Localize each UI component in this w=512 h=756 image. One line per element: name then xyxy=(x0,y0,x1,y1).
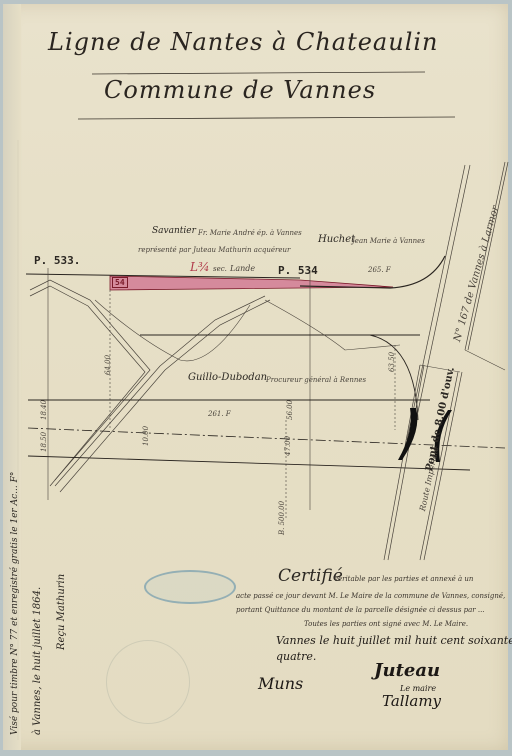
owner-representative: représenté par Juteau Mathurin acquéreur xyxy=(138,246,290,254)
signature-juteau: Juteau xyxy=(374,660,440,681)
certification-line: portant Quittance du montant de la parce… xyxy=(236,606,485,614)
certification-line: véritable par les parties et annexé à un xyxy=(334,575,473,583)
owner-name-huchet: Huchet xyxy=(318,234,355,245)
owner-name-savantier: Savantier xyxy=(152,226,196,236)
owner-detail-savantier: Fr. Marie André ép. à Vannes xyxy=(198,229,302,237)
owner-detail-huchet: Jean Marie à Vannes xyxy=(352,237,425,245)
parcel-label-534: P. 534 xyxy=(278,264,318,277)
dimension-label: 18.40 xyxy=(40,400,48,420)
ink-stamp xyxy=(144,570,236,604)
dimension-label: 63.50 xyxy=(388,352,396,372)
certification-line: acte passé ce jour devant M. Le Maire de… xyxy=(236,592,505,600)
signature-witness: Muns xyxy=(258,674,303,693)
dimension-label: 47.00 xyxy=(284,436,292,456)
land-use-code: L¾ xyxy=(190,260,210,274)
certification-line: Toutes les parties ont signé avec M. Le … xyxy=(304,620,468,628)
owner-detail-guillo-dubodan: Procureur général à Rennes xyxy=(266,376,366,384)
dimension-label: 10.00 xyxy=(142,426,150,446)
owner-name-guillo-dubodan: Guillo-Dubodan xyxy=(188,372,267,383)
dimension-label: 18.50 xyxy=(40,432,48,452)
parcel-54-number: 54 xyxy=(112,277,128,288)
parcel-54-strip xyxy=(110,276,393,290)
document-subtitle-commune: Commune de Vannes xyxy=(104,76,376,104)
certification-date: Vannes le huit juillet mil huit cent soi… xyxy=(276,634,512,647)
faded-seal xyxy=(106,640,190,724)
dimension-label: 64.00 xyxy=(104,355,112,375)
signature-mayor: Tallamy xyxy=(382,692,441,710)
certification-date-cont: quatre. xyxy=(276,650,316,663)
margin-note-registration: Visé pour timbre N° 77 et enregistré gra… xyxy=(10,472,20,735)
dimension-label: 56.00 xyxy=(286,400,294,420)
land-use-section: sec. xyxy=(213,265,227,273)
area-261: 261. F xyxy=(208,410,231,418)
parcel-label-533: P. 533. xyxy=(34,254,80,267)
dimension-label: B. 500.00 xyxy=(278,501,286,535)
land-use-type: Lande xyxy=(230,264,255,273)
area-265: 265. F xyxy=(368,266,391,274)
margin-note-place-date: à Vannes, le huit juillet 1864. xyxy=(32,587,43,735)
margin-note-received: Reçu Mathurin xyxy=(56,574,67,650)
document-title-line: Ligne de Nantes à Chateaulin xyxy=(48,28,439,56)
